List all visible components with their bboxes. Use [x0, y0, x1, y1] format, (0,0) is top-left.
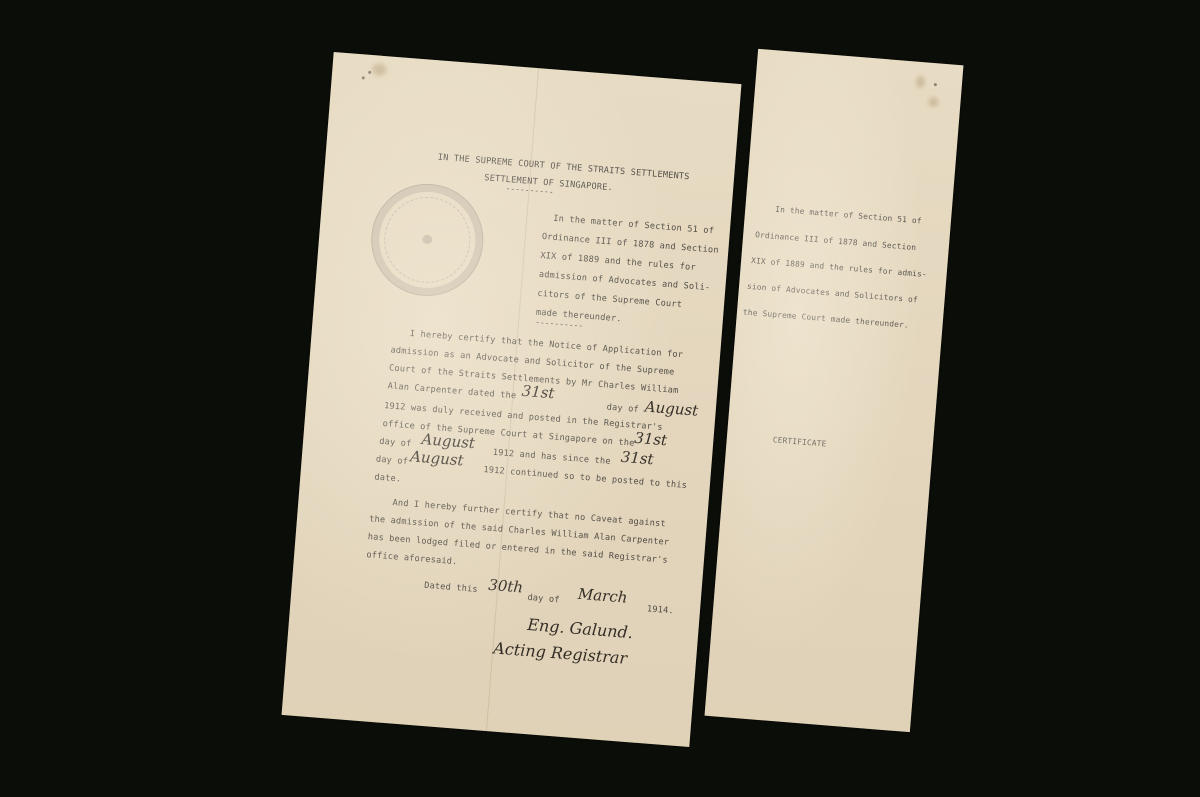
court-seal-stamp: [367, 180, 487, 300]
matter-line: admission of Advocates and Soli-: [538, 270, 710, 293]
certify-line: 1912 continued so to be posted to this: [483, 465, 687, 491]
dated-prefix: Dated this: [424, 581, 478, 595]
punch-hole-mark: [368, 71, 371, 74]
registrar-signature: Eng. Galund.: [527, 615, 634, 642]
cover-matter-line: Ordinance III of 1878 and Section: [755, 230, 917, 252]
handwritten-month: August: [410, 447, 465, 469]
cover-matter-line: sion of Advocates and Solicitors of: [747, 282, 918, 305]
certificate-document-cover: In the matter of Section 51 of Ordinance…: [705, 49, 964, 732]
registrar-title: Acting Registrar: [493, 638, 628, 667]
certificate-document-main: IN THE SUPREME COURT OF THE STRAITS SETT…: [282, 52, 742, 747]
certify-line: 1912 and has since the: [492, 448, 611, 467]
certify-line: day of: [375, 455, 408, 467]
handwritten-day: 31st: [634, 429, 668, 450]
handwritten-day: 31st: [521, 382, 555, 403]
further-line: office aforesaid.: [366, 550, 458, 567]
court-heading-line1: IN THE SUPREME COURT OF THE STRAITS SETT…: [437, 152, 690, 182]
paper-stain: [928, 97, 939, 108]
handwritten-month: August: [644, 398, 699, 420]
cover-matter-line: XIX of 1889 and the rules for admis-: [751, 256, 927, 279]
dated-year: 1914.: [647, 604, 675, 616]
cover-matter-line: the Supreme Court made thereunder.: [743, 307, 910, 329]
certify-line: day of: [606, 403, 639, 415]
handwritten-dated-day: 30th: [488, 576, 524, 597]
matter-line: In the matter of Section 51 of: [553, 214, 715, 237]
certify-line: date.: [374, 473, 402, 485]
handwritten-dated-month: March: [577, 585, 628, 607]
cover-matter-line: In the matter of Section 51 of: [775, 205, 922, 226]
handwritten-day: 31st: [620, 448, 654, 469]
paper-stain: [916, 76, 926, 89]
cover-title: CERTIFICATE: [772, 435, 826, 448]
punch-hole-mark: [934, 83, 937, 86]
certify-line: Alan Carpenter dated the: [387, 381, 516, 401]
dated-mid: day of: [527, 593, 560, 605]
paper-stain: [372, 63, 387, 76]
punch-hole-mark: [362, 76, 365, 79]
certify-line: day of: [379, 437, 412, 449]
matter-line: XIX of 1889 and the rules for: [540, 251, 696, 273]
matter-line: citors of the Supreme Court: [537, 289, 682, 310]
